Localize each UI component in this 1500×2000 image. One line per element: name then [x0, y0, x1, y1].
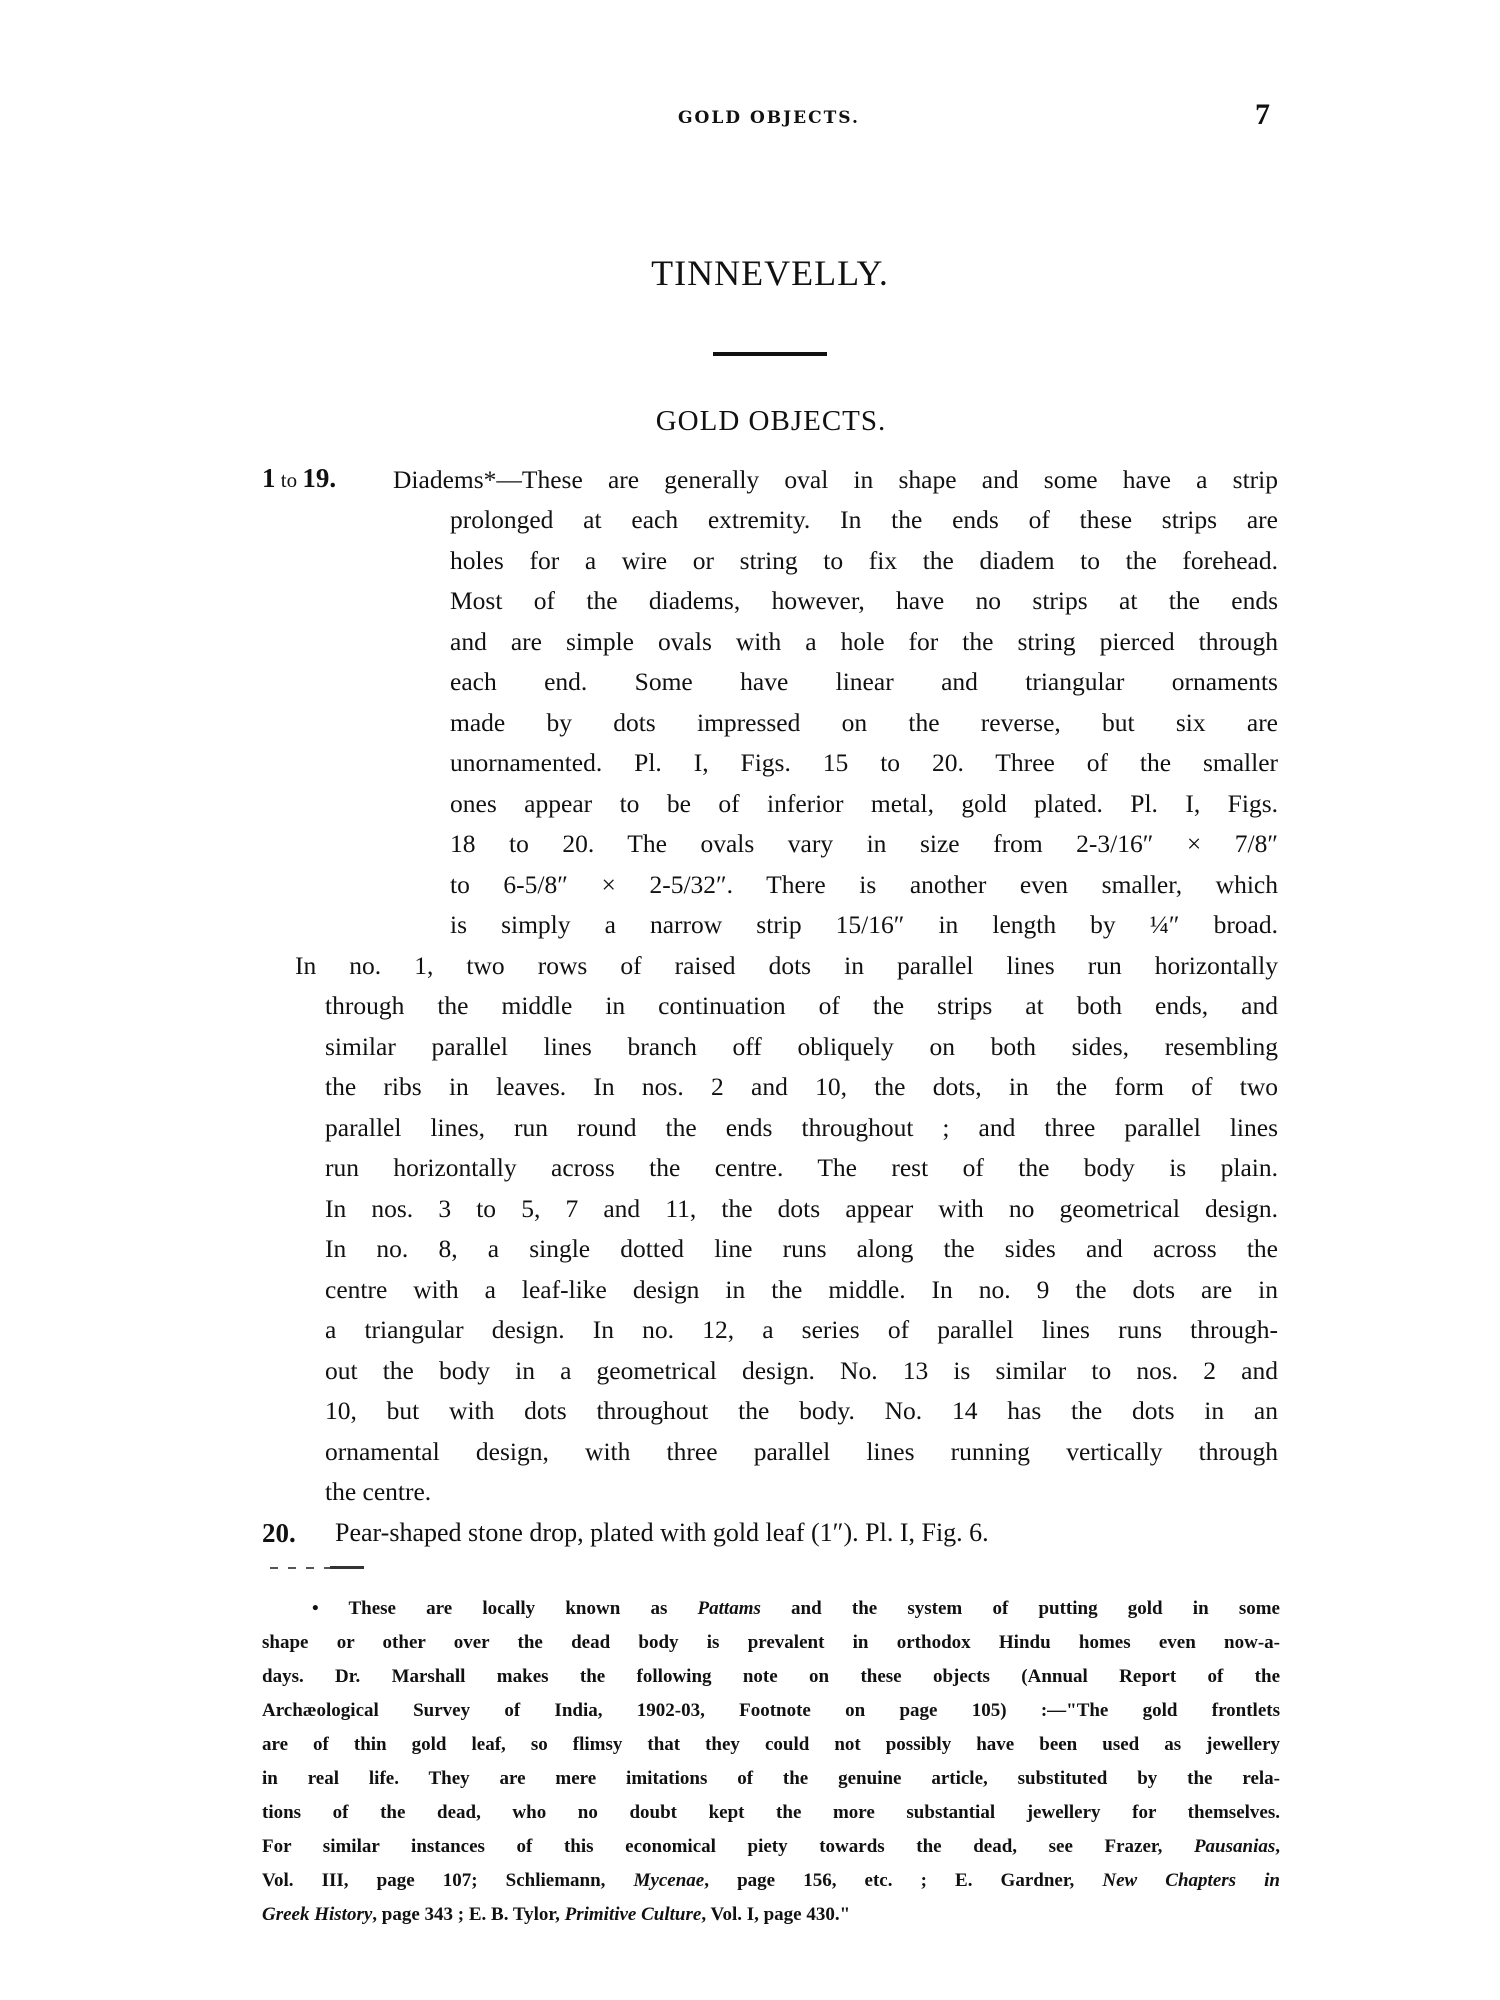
text-line: In nos. 3 to 5, 7 and 11, the dots appea… — [325, 1193, 1278, 1225]
footnote-line: Greek History, page 343 ; E. B. Tylor, P… — [262, 1902, 850, 1928]
entry-number-start: 1 — [262, 463, 276, 493]
footnote-line: are of thin gold leaf, so flimsy that th… — [262, 1732, 1280, 1758]
page-number: 7 — [1255, 98, 1270, 132]
footnote-line: Vol. III, page 107; Schliemann, Mycenae,… — [262, 1868, 1280, 1894]
running-head: GOLD OBJECTS. — [678, 108, 860, 128]
text-line: Most of the diadems, however, have no st… — [450, 585, 1278, 617]
footnote-line: • These are locally known as Pattams and… — [312, 1596, 1280, 1622]
footnote-line: Archæological Survey of India, 1902-03, … — [262, 1698, 1280, 1724]
section-subtitle: GOLD OBJECTS. — [0, 405, 1500, 438]
entry-number-1-19: 1 to 19. — [262, 462, 336, 496]
text-line: the ribs in leaves. In nos. 2 and 10, th… — [325, 1071, 1278, 1103]
text-line: made by dots impressed on the reverse, b… — [450, 707, 1278, 739]
text-line: to 6-5/8″ × 2-5/32″. There is another ev… — [450, 869, 1278, 901]
text-line: is simply a narrow strip 15/16″ in lengt… — [450, 909, 1278, 941]
text-line: 18 to 20. The ovals vary in size from 2-… — [450, 828, 1278, 860]
footnote-divider-solid — [330, 1566, 364, 1569]
text-line: the centre. — [325, 1476, 431, 1508]
entry-20-text: Pear-shaped stone drop, plated with gold… — [335, 1517, 989, 1549]
footnote-line: For similar instances of this economical… — [262, 1834, 1280, 1860]
entry-number-end: 19. — [302, 463, 336, 493]
entry-number-20: 20. — [262, 1517, 296, 1549]
text-line: ones appear to be of inferior metal, gol… — [450, 788, 1278, 820]
text-line: a triangular design. In no. 12, a series… — [325, 1314, 1278, 1346]
text-line: In no. 8, a single dotted line runs alon… — [325, 1233, 1278, 1265]
text-line: holes for a wire or string to fix the di… — [450, 545, 1278, 577]
text-line: In no. 1, two rows of raised dots in par… — [295, 950, 1278, 982]
text-line: and are simple ovals with a hole for the… — [450, 626, 1278, 658]
text-line: ornamental design, with three parallel l… — [325, 1436, 1278, 1468]
text-line: parallel lines, run round the ends throu… — [325, 1112, 1278, 1144]
text-line: 10, but with dots throughout the body. N… — [325, 1395, 1278, 1427]
text-line: each end. Some have linear and triangula… — [450, 666, 1278, 698]
text-line: out the body in a geometrical design. No… — [325, 1355, 1278, 1387]
section-title: TINNEVELLY. — [0, 252, 1500, 294]
text-line: through the middle in continuation of th… — [325, 990, 1278, 1022]
text-line: unornamented. Pl. I, Figs. 15 to 20. Thr… — [450, 747, 1278, 779]
text-line: similar parallel lines branch off obliqu… — [325, 1031, 1278, 1063]
text-line: prolonged at each extremity. In the ends… — [450, 504, 1278, 536]
entry-number-to: to — [276, 468, 303, 492]
footnote-line: shape or other over the dead body is pre… — [262, 1630, 1280, 1656]
footnote-line: tions of the dead, who no doubt kept the… — [262, 1800, 1280, 1826]
title-rule — [713, 352, 827, 356]
text-line: Diadems*—These are generally oval in sha… — [393, 464, 1278, 496]
text-line: run horizontally across the centre. The … — [325, 1152, 1278, 1184]
text-line: centre with a leaf-like design in the mi… — [325, 1274, 1278, 1306]
footnote-line: days. Dr. Marshall makes the following n… — [262, 1664, 1280, 1690]
footnote-line: in real life. They are mere imitations o… — [262, 1766, 1280, 1792]
